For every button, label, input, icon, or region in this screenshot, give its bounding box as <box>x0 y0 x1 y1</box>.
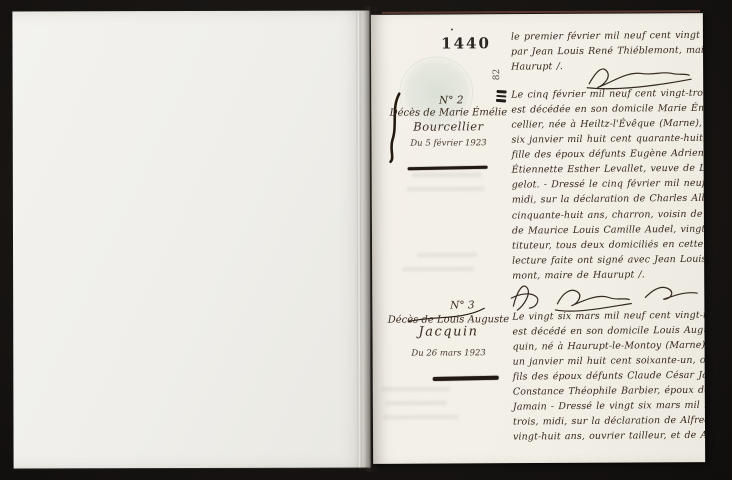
showthrough-mark <box>381 386 451 391</box>
register-line: midi, sur la déclaration de Charles Albe… <box>512 193 705 207</box>
register-line: fille des époux défunts Eugène Adrien Bo… <box>512 148 706 162</box>
signature-flourish-mayor <box>583 61 695 96</box>
printed-page-number: 1440 <box>426 35 506 51</box>
page-fold-crease <box>356 11 361 468</box>
showthrough-mark <box>402 266 474 271</box>
signature-flourish-row <box>505 279 703 316</box>
register-line: Constance Théophile Barbier, époux de Ad… <box>513 385 705 399</box>
showthrough-mark <box>385 400 447 405</box>
register-line: un janvier mil huit cent soixante-un, ou… <box>513 355 706 369</box>
entry2-divider-stroke <box>408 166 488 171</box>
register-line: six janvier mil huit cent quarante-huit,… <box>511 133 705 147</box>
showthrough-mark <box>407 186 485 191</box>
showthrough-mark <box>383 414 459 419</box>
register-line: est décédé en son domicile Louis Auguste… <box>512 325 705 339</box>
entry3-divider-stroke <box>433 376 499 381</box>
register-line: vingt-huit ans, ouvrier tailleur, et de … <box>513 430 705 444</box>
register-line: gelot. - Dressé le cinq février mil neuf… <box>512 178 706 192</box>
register-line: par Jean Louis René Thiéblemont, maire d… <box>511 45 705 59</box>
register-line: Jamain - Dressé le vingt six mars mil ne… <box>513 400 705 414</box>
register-line: Étiennette Esther Levallet, veuve de Lou… <box>512 163 706 177</box>
register-line: trois, midi, sur la déclaration de Alfre… <box>513 415 705 429</box>
register-line: tituteur, tous deux domiciliés en cette … <box>512 239 705 253</box>
register-line: le premier février mil neuf cent vingt t… <box>511 30 705 44</box>
entry2-deceased-name: Bourcellier <box>389 120 507 133</box>
ink-stamp-mark <box>496 90 507 104</box>
left-blank-page <box>12 11 370 469</box>
register-line: quin, né à Haurupt-le-Montoy (Marne), le… <box>513 340 706 354</box>
register-line: cinquante-huit ans, charron, voisin de l… <box>512 209 705 223</box>
register-line: lecture faite ont signé avec Jean Louis … <box>512 254 705 268</box>
entry2-date: Du 5 février 1923 <box>389 137 507 150</box>
entry3-date: Du 26 mars 1923 <box>387 347 511 360</box>
showthrough-mark <box>417 252 477 257</box>
register-line: est décédée en son domicile Marie Émélie… <box>511 103 705 117</box>
right-register-page: 1440 82 N° 2 Décès de Marie Émélie Bourc… <box>371 13 705 464</box>
rotated-spine-number: 82 <box>492 62 510 80</box>
scanned-register-spread: 1440 82 N° 2 Décès de Marie Émélie Bourc… <box>0 0 732 480</box>
showthrough-mark <box>412 172 482 177</box>
entry2-number: N° 2 <box>411 94 491 106</box>
entry2-title: Décès de Marie Émélie <box>389 107 507 120</box>
register-line: cellier, née à Heiltz-l'Évêque (Marne), … <box>511 118 705 132</box>
register-line: de Maurice Louis Camille Audel, vingt ci… <box>512 224 705 238</box>
ink-dot <box>451 28 453 30</box>
entry3-deceased-name: Jacquin <box>386 326 510 339</box>
register-line: fils des époux défunts Claude César Jacq… <box>513 370 706 384</box>
